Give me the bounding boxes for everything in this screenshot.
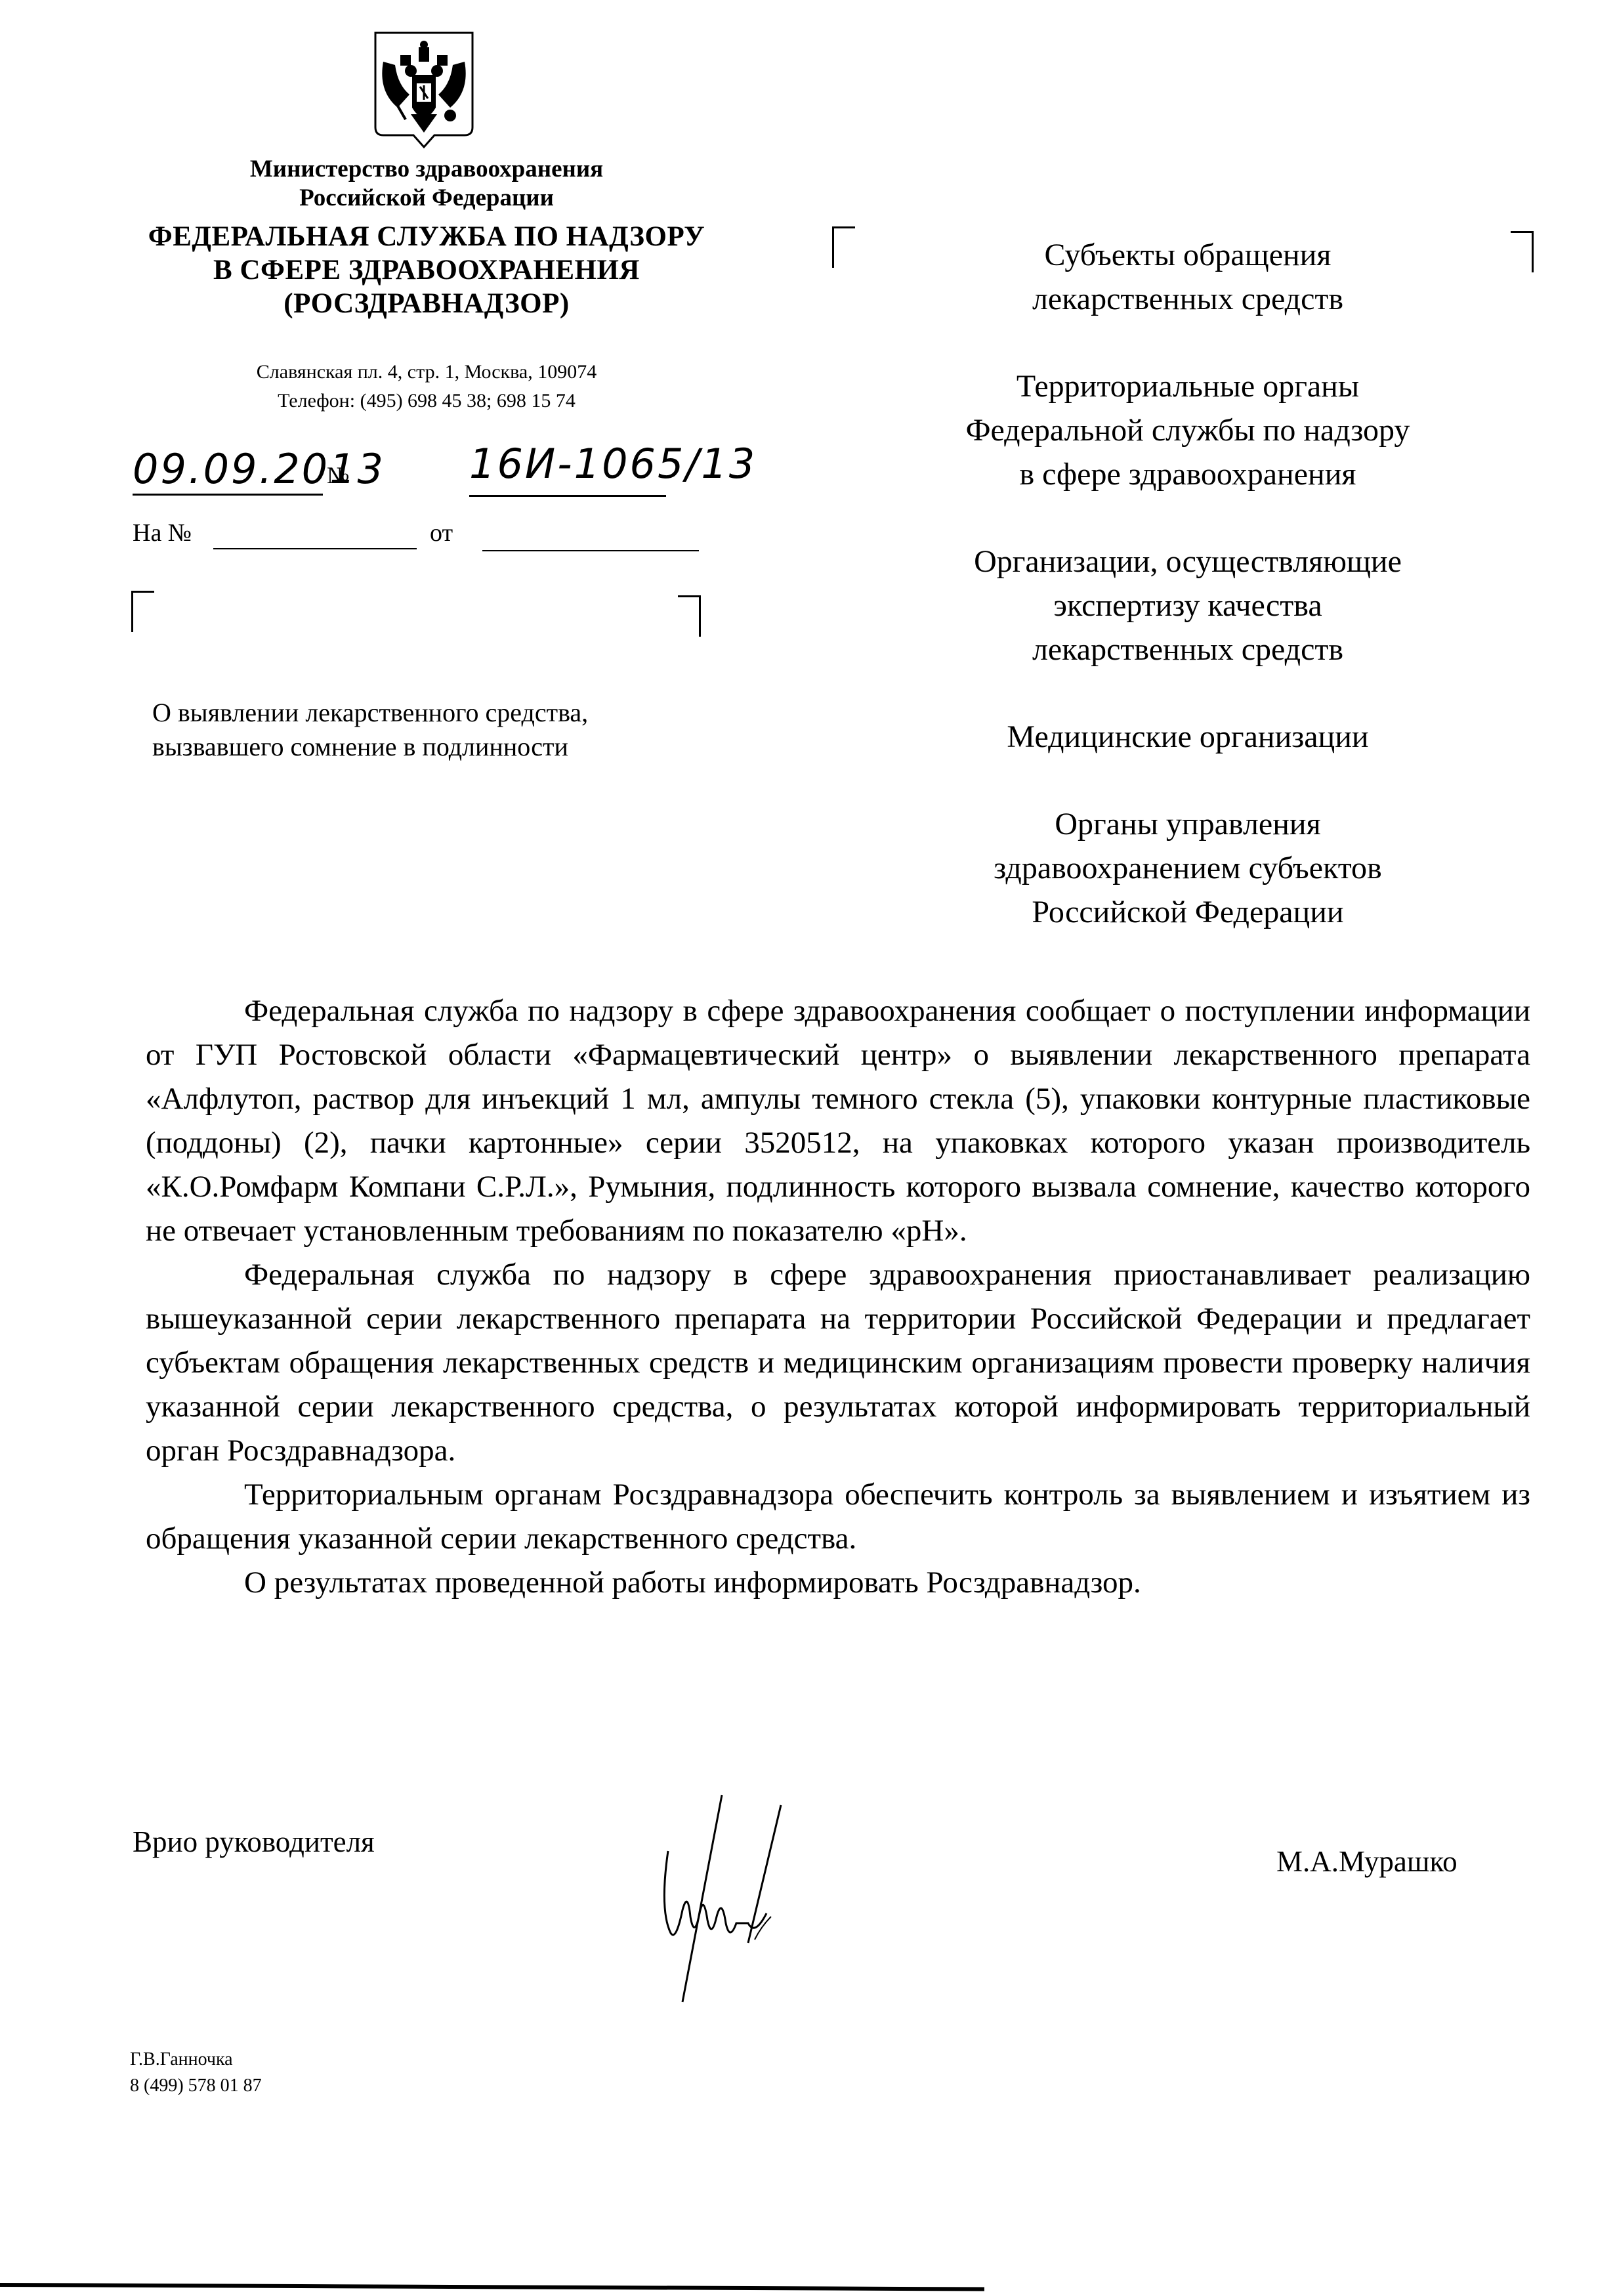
ministry-name: Министерство здравоохранения Российской … bbox=[164, 155, 689, 213]
addressee-line: здравоохранением субъектов bbox=[873, 846, 1503, 890]
subject-corner-mark-right bbox=[678, 595, 701, 637]
coat-of-arms-icon bbox=[371, 29, 476, 150]
agency-address: Славянская пл. 4, стр. 1, Москва, 109074 bbox=[164, 358, 689, 387]
body-paragraph-4: О результатах проведенной работы информи… bbox=[146, 1561, 1530, 1605]
addressee-line: Федеральной службы по надзору bbox=[873, 408, 1503, 452]
subject-line-1: О выявлении лекарственного средства, bbox=[152, 696, 730, 730]
addressee-item: Территориальные органы Федеральной служб… bbox=[873, 364, 1503, 496]
agency-line-3: (РОСЗДРАВНАДЗОР) bbox=[98, 287, 755, 320]
addressee-line: Российской Федерации bbox=[873, 890, 1503, 934]
agency-line-2: В СФЕРЕ ЗДРАВООХРАНЕНИЯ bbox=[98, 253, 755, 287]
subject-corner-mark-left bbox=[131, 591, 154, 632]
agency-line-1: ФЕДЕРАЛЬНАЯ СЛУЖБА ПО НАДЗОРУ bbox=[98, 220, 755, 253]
reply-to-label: На № bbox=[133, 519, 192, 547]
body-paragraph-1: Федеральная служба по надзору в сфере зд… bbox=[146, 989, 1530, 1253]
addressee-corner-mark-right bbox=[1511, 231, 1534, 272]
signatory-title: Врио руководителя bbox=[133, 1825, 375, 1859]
addressee-item: Органы управления здравоохранением субъе… bbox=[873, 802, 1503, 934]
reply-from-date-blank bbox=[482, 550, 699, 551]
addressee-line: лекарственных средств bbox=[873, 277, 1503, 321]
addressee-line: Медицинские организации bbox=[873, 715, 1503, 759]
handwritten-signature-icon bbox=[656, 1792, 879, 2009]
addressee-list: Субъекты обращения лекарственных средств… bbox=[873, 233, 1503, 977]
addressee-line: в сфере здравоохранения bbox=[873, 452, 1503, 496]
registration-number-sign: № bbox=[327, 461, 349, 489]
registration-number-underline bbox=[469, 495, 666, 497]
ministry-line-2: Российской Федерации bbox=[164, 184, 689, 213]
agency-contacts: Славянская пл. 4, стр. 1, Москва, 109074… bbox=[164, 358, 689, 415]
addressee-line: Органы управления bbox=[873, 802, 1503, 846]
addressee-item: Организации, осуществляющие экспертизу к… bbox=[873, 540, 1503, 671]
addressee-line: Территориальные органы bbox=[873, 364, 1503, 408]
ministry-line-1: Министерство здравоохранения bbox=[164, 155, 689, 184]
addressee-line: экспертизу качества bbox=[873, 584, 1503, 627]
reply-to-number-blank bbox=[213, 548, 417, 549]
reply-from-label: от bbox=[430, 519, 453, 547]
letter-body: Федеральная служба по надзору в сфере зд… bbox=[146, 989, 1530, 1605]
addressee-line: Организации, осуществляющие bbox=[873, 540, 1503, 584]
subject-line-2: вызвавшего сомнение в подлинности bbox=[152, 730, 730, 764]
registration-date: 09.09.2013 bbox=[133, 446, 323, 496]
scan-edge-line bbox=[0, 2283, 984, 2291]
addressee-item: Медицинские организации bbox=[873, 715, 1503, 759]
signatory-name: М.А.Мурашко bbox=[1276, 1844, 1458, 1879]
addressee-corner-mark-left bbox=[832, 226, 855, 268]
body-paragraph-2: Федеральная служба по надзору в сфере зд… bbox=[146, 1253, 1530, 1473]
addressee-line: лекарственных средств bbox=[873, 627, 1503, 671]
agency-name: ФЕДЕРАЛЬНАЯ СЛУЖБА ПО НАДЗОРУ В СФЕРЕ ЗД… bbox=[98, 220, 755, 320]
executor-phone: 8 (499) 578 01 87 bbox=[130, 2073, 262, 2099]
executor-name: Г.В.Ганночка bbox=[130, 2047, 233, 2073]
addressee-item: Субъекты обращения лекарственных средств bbox=[873, 233, 1503, 321]
registration-number: 16И-1065/13 bbox=[469, 441, 757, 487]
addressee-line: Субъекты обращения bbox=[873, 233, 1503, 277]
body-paragraph-3: Территориальным органам Росздравнадзора … bbox=[146, 1473, 1530, 1561]
agency-phone: Телефон: (495) 698 45 38; 698 15 74 bbox=[164, 387, 689, 415]
letter-subject: О выявлении лекарственного средства, выз… bbox=[152, 696, 730, 764]
